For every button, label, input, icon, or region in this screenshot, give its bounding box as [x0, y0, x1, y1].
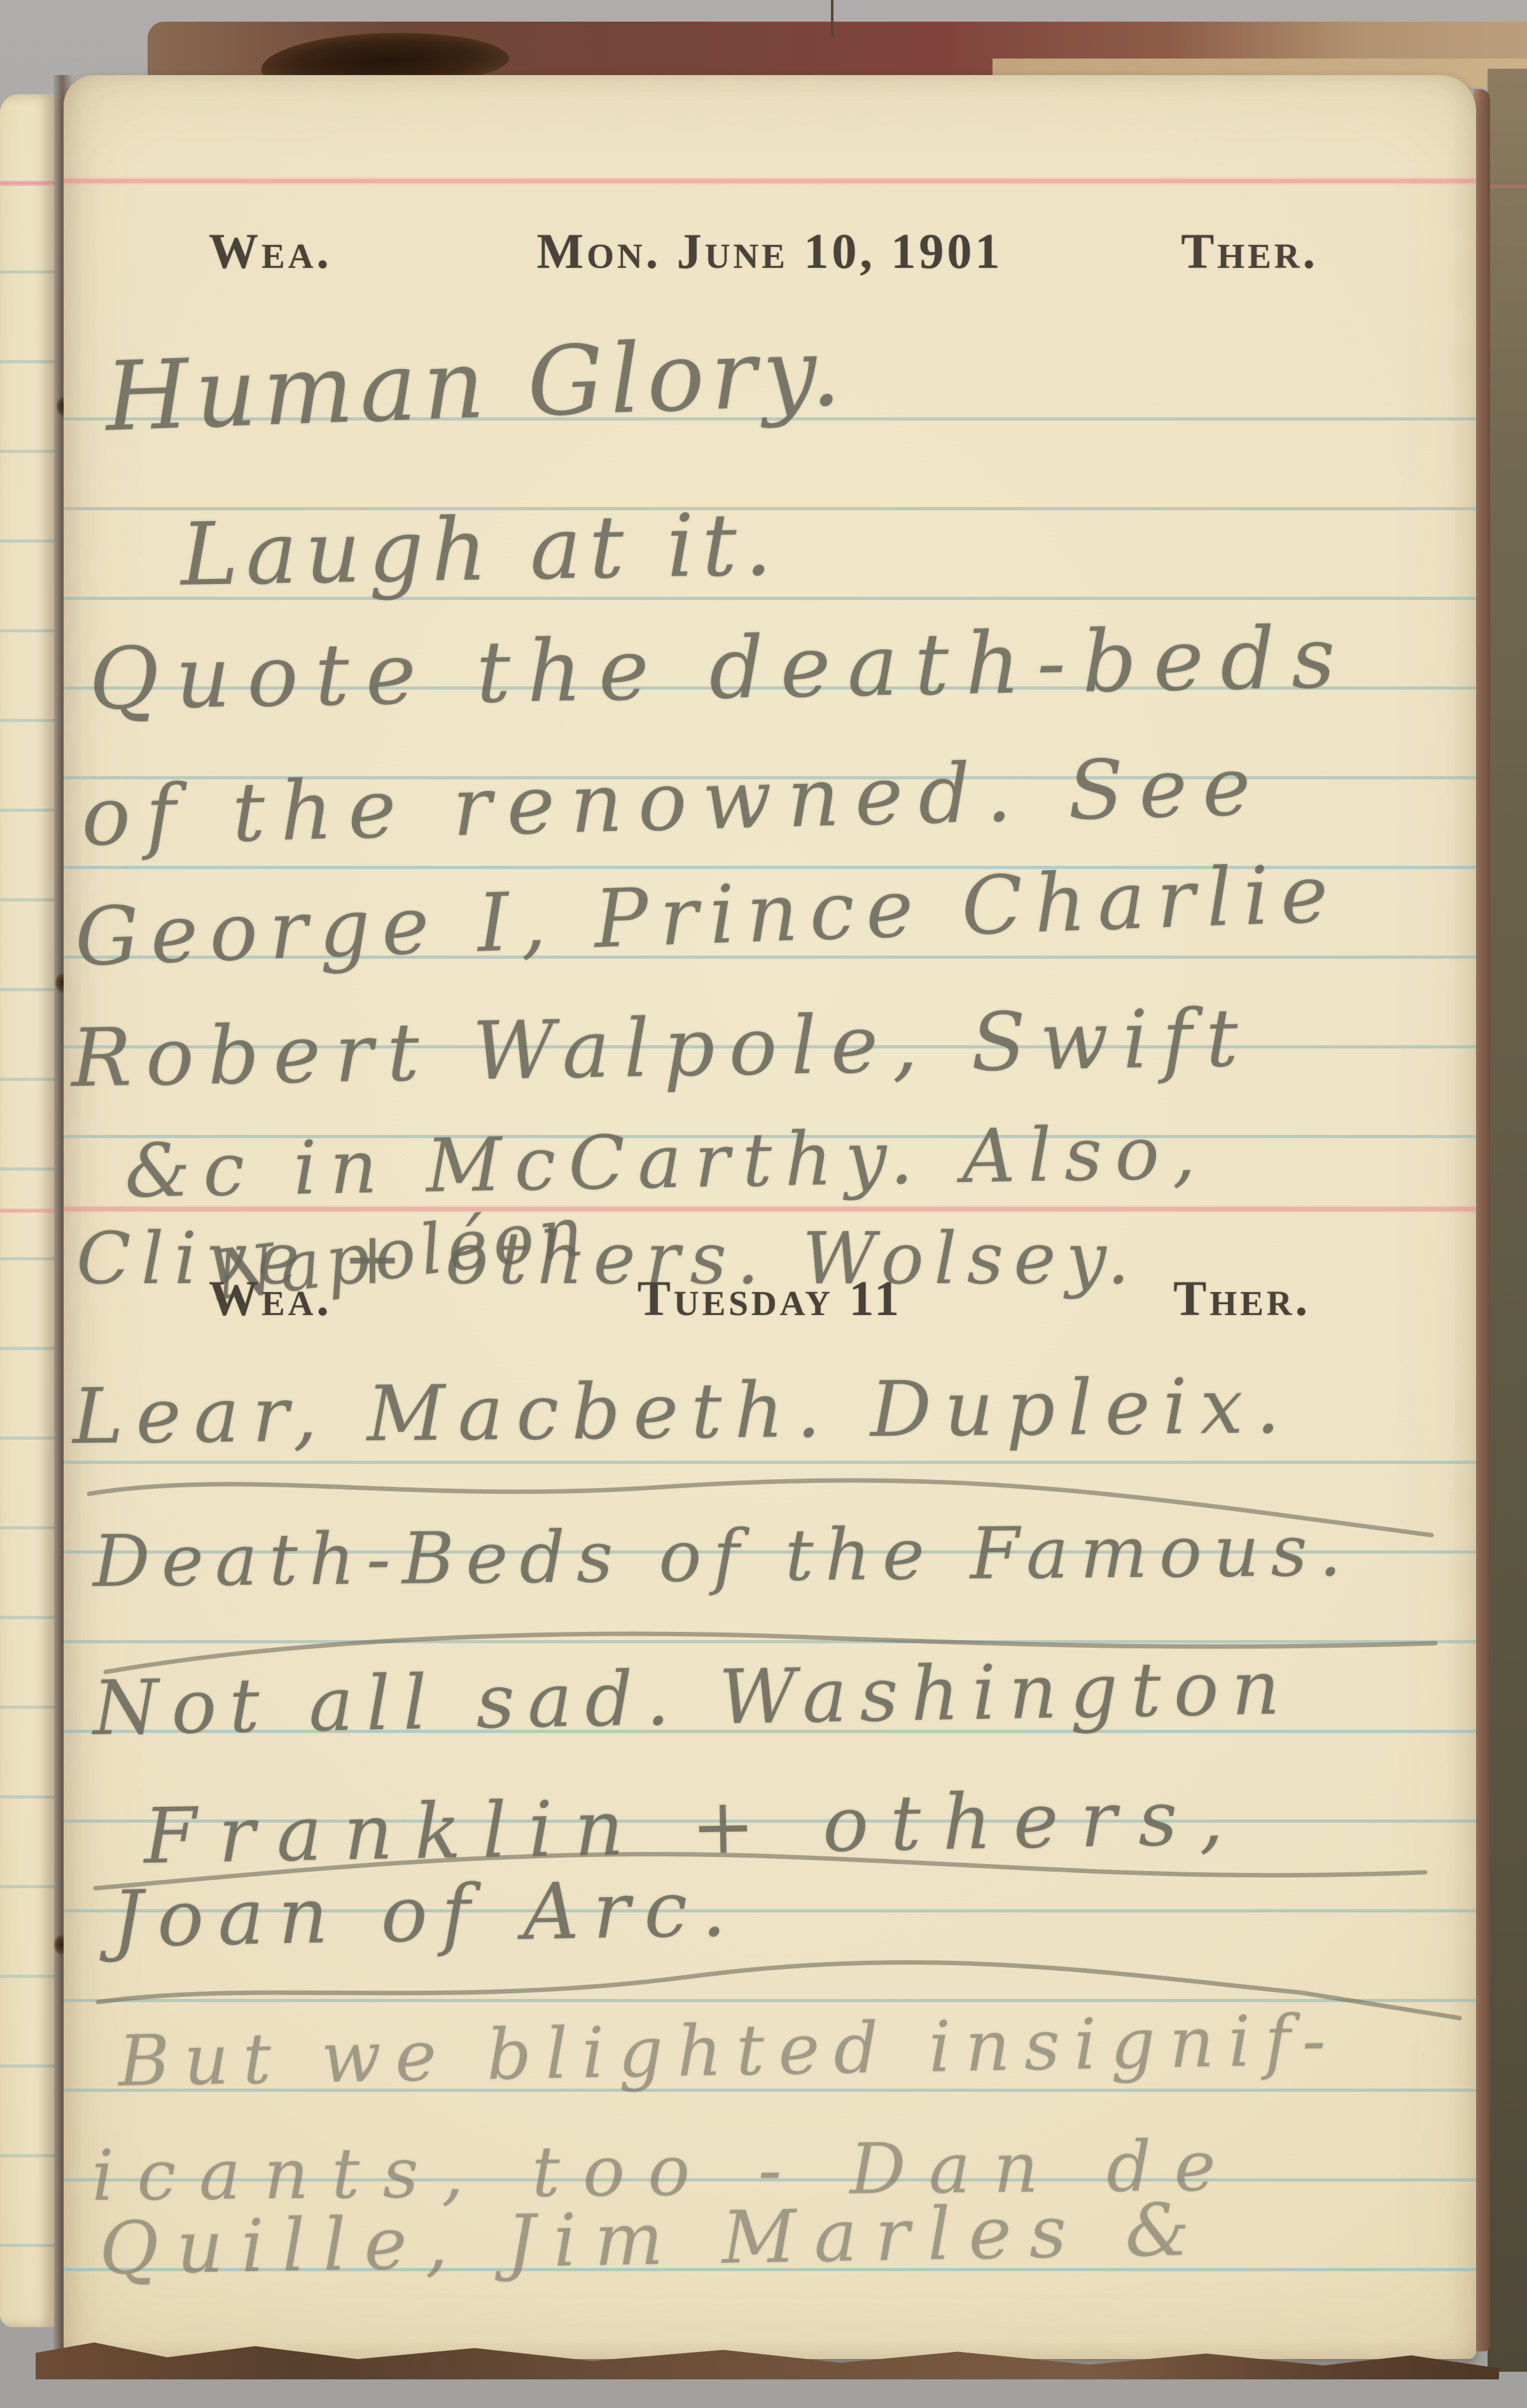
- thread-artifact: [831, 0, 833, 38]
- red-margin-line-sliver: [0, 1209, 55, 1213]
- weather-column-label: Wea.: [209, 223, 332, 280]
- handwritten-line: Lear, Macbeth. Dupleix.: [72, 1362, 1293, 1461]
- weather-column-label: Wea.: [209, 1270, 332, 1327]
- notebook-page: Wea. Mon. June 10, 1901 Ther. Human Glor…: [64, 75, 1476, 2359]
- red-margin-line-sliver: [0, 182, 55, 186]
- book-cover-right-edge: [1488, 69, 1527, 2372]
- date-header-tuesday: Tuesday 11: [638, 1270, 902, 1327]
- handwritten-line: Death-Beds of the Famous.: [92, 1510, 1353, 1603]
- date-header-monday: Mon. June 10, 1901: [537, 223, 1003, 280]
- red-margin-line: [64, 179, 1476, 183]
- handwritten-line: Laugh at it.: [180, 495, 781, 606]
- thermometer-column-label: Ther.: [1173, 1270, 1311, 1327]
- cover-red-line-ghost: [1488, 184, 1527, 188]
- thermometer-column-label: Ther.: [1181, 223, 1318, 280]
- diary-scan: Wea. Mon. June 10, 1901 Ther. Human Glor…: [0, 0, 1527, 2408]
- facing-page-edge: [0, 94, 55, 2327]
